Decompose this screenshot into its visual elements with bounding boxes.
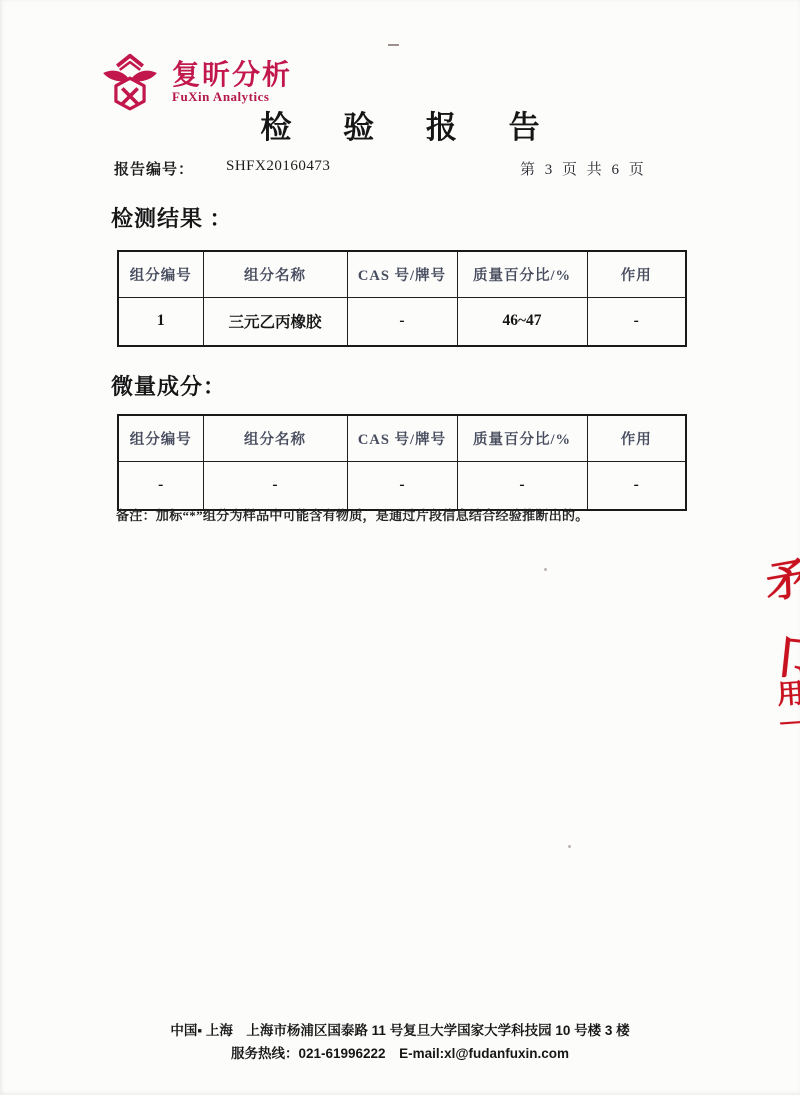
- table-header-cell: 组分名称: [203, 251, 347, 297]
- table-header-row: 组分编号 组分名称 CAS 号/牌号 质量百分比/% 作用: [118, 251, 686, 297]
- table-header-cell: 质量百分比/%: [457, 251, 587, 297]
- table-header-cell: 组分名称: [203, 415, 347, 461]
- scan-artifact-dash: [388, 44, 399, 46]
- table-cell: 46~47: [457, 297, 587, 346]
- footer-address-line: 中国▪ 上海 上海市杨浦区国泰路 11 号复旦大学国家大学科技园 10 号楼 3…: [0, 1020, 800, 1043]
- table-cell: -: [118, 461, 203, 510]
- table-row: 1 三元乙丙橡胶 - 46~47 -: [118, 297, 686, 346]
- stamp-fragment: 矛: [765, 544, 800, 612]
- stamp-fragment: 一: [778, 699, 800, 745]
- page-title: 检 验 报 告: [0, 102, 800, 147]
- table-cell: -: [587, 297, 686, 346]
- table-header-cell: 组分编号: [118, 251, 203, 297]
- table-header-row: 组分编号 组分名称 CAS 号/牌号 质量百分比/% 作用: [118, 415, 686, 461]
- logo-name-cn: 复昕分析: [172, 60, 292, 89]
- footer-address-block: 中国▪ 上海 上海市杨浦区国泰路 11 号复旦大学国家大学科技园 10 号楼 3…: [0, 1020, 800, 1066]
- table-cell: -: [203, 461, 347, 510]
- table-header-cell: 作用: [587, 251, 686, 297]
- trace-section-heading: 微量成分：: [111, 370, 226, 401]
- report-page: 复昕分析 FuXin Analytics 检 验 报 告 报告编号： SHFX2…: [0, 0, 800, 1095]
- table-cell: 1: [118, 297, 203, 346]
- table-header-cell: 作用: [587, 415, 686, 461]
- table-header-cell: 质量百分比/%: [457, 415, 587, 461]
- footer-contact-line: 服务热线：021-61996222 E-mail:xl@fudanfuxin.c…: [0, 1043, 800, 1066]
- remark-note: 备注：加标“*”组分为样品中可能含有物质，是通过片段信息结合经验推断出的。: [116, 505, 596, 524]
- results-table: 组分编号 组分名称 CAS 号/牌号 质量百分比/% 作用 1 三元乙丙橡胶 -…: [117, 250, 687, 347]
- report-no-value: SHFX20160473: [226, 158, 330, 175]
- table-cell: -: [587, 461, 686, 510]
- table-header-cell: CAS 号/牌号: [347, 415, 457, 461]
- results-section-heading: 检测结果 ：: [111, 202, 233, 233]
- report-meta-row: 报告编号： SHFX20160473 第 3 页 共 6 页: [0, 158, 800, 182]
- scan-artifact-dot: [568, 845, 571, 848]
- table-header-cell: 组分编号: [118, 415, 203, 461]
- table-header-cell: CAS 号/牌号: [347, 251, 457, 297]
- report-no-label: 报告编号：: [114, 158, 194, 179]
- table-row: - - - - -: [118, 461, 686, 510]
- table-cell: -: [347, 297, 457, 346]
- trace-table: 组分编号 组分名称 CAS 号/牌号 质量百分比/% 作用 - - - - -: [117, 414, 687, 511]
- page-number-info: 第 3 页 共 6 页: [520, 158, 647, 179]
- table-cell: -: [347, 461, 457, 510]
- table-cell: 三元乙丙橡胶: [203, 297, 347, 346]
- table-cell: -: [457, 461, 587, 510]
- scan-artifact-dot: [544, 568, 547, 571]
